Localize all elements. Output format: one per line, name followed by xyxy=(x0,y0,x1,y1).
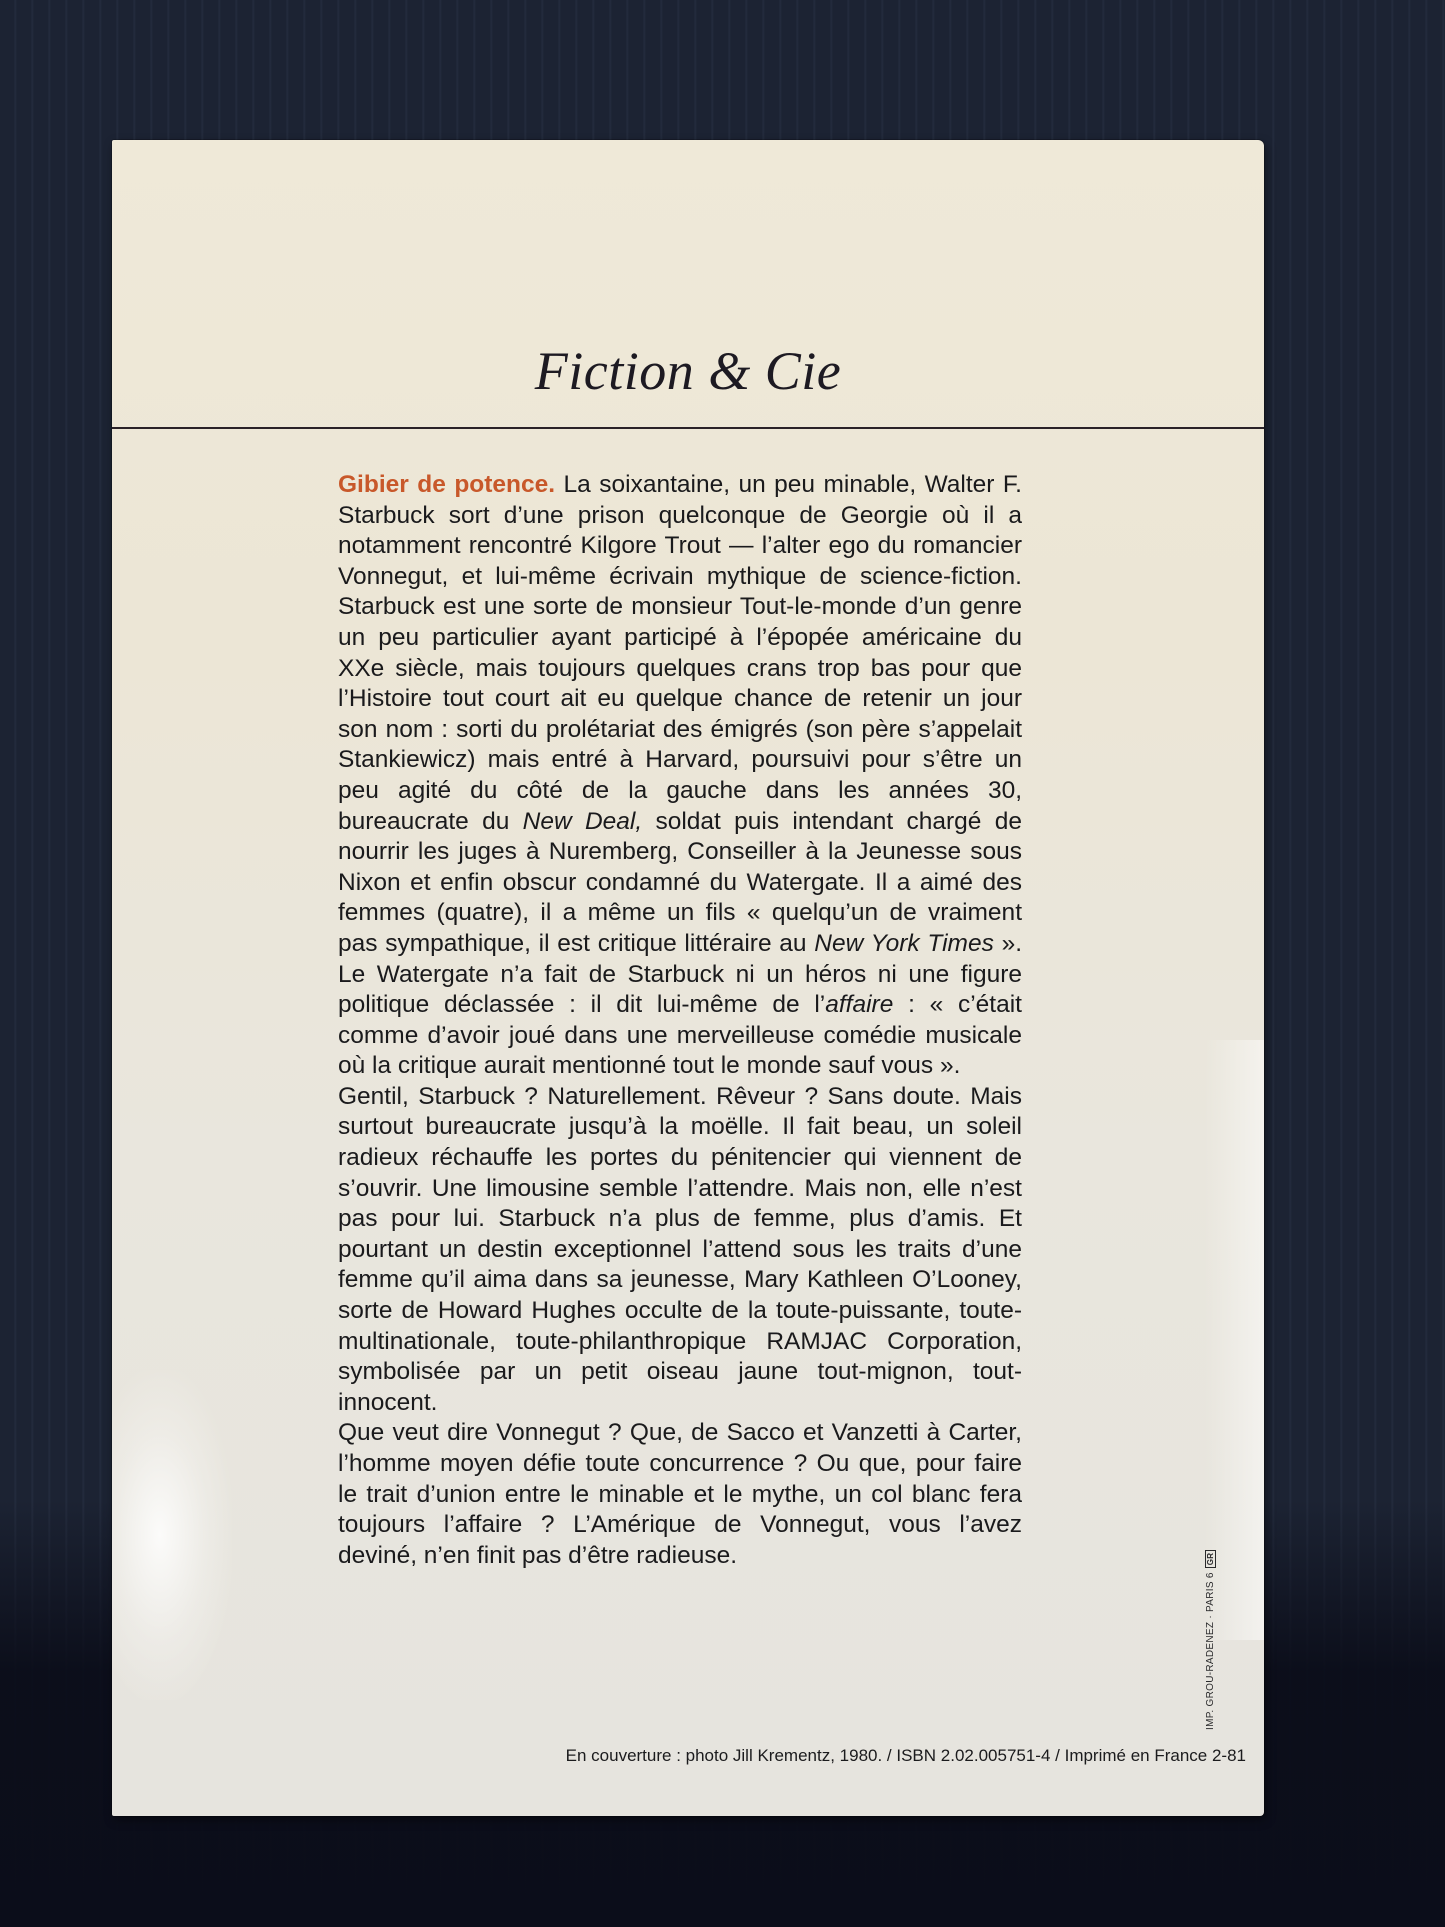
blurb-italic-run: New York Times xyxy=(814,930,994,957)
printer-logo-icon: GR xyxy=(1205,1550,1216,1569)
book-back-cover: Fiction & Cie Gibier de potence. La soix… xyxy=(112,140,1264,1816)
header-divider xyxy=(112,427,1264,429)
blurb-paragraph-3: Que veut dire Vonnegut ? Que, de Sacco e… xyxy=(338,1418,1022,1571)
blurb-paragraph-1: Gibier de potence. La soixantaine, un pe… xyxy=(338,470,1022,1082)
printer-imprint: IMP. GROU-RADENEZ · PARIS 6GR xyxy=(1205,1550,1216,1730)
blurb-lead: Gibier de potence. xyxy=(338,471,555,498)
blurb-text: Gibier de potence. La soixantaine, un pe… xyxy=(338,470,1022,1571)
blurb-italic-run: affaire xyxy=(825,991,893,1018)
blurb-italic-run: New Deal, xyxy=(523,808,643,835)
blurb-paragraph-2: Gentil, Starbuck ? Naturellement. Rêveur… xyxy=(338,1082,1022,1419)
blurb-text-run: La soixantaine, un peu minable, Walter F… xyxy=(338,471,1022,835)
cover-credits-footer: En couverture : photo Jill Krementz, 198… xyxy=(566,1746,1246,1766)
series-title: Fiction & Cie xyxy=(112,340,1264,402)
light-glare xyxy=(112,1370,232,1700)
printer-name: IMP. GROU-RADENEZ · PARIS 6 xyxy=(1205,1572,1216,1730)
